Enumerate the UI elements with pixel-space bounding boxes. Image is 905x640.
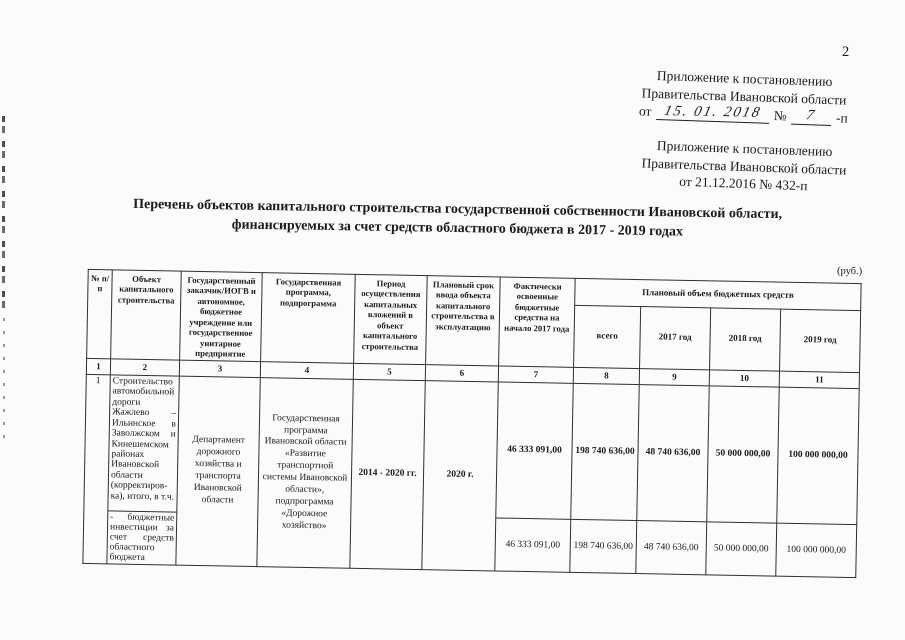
- cell-2018-sub: 50 000 000,00: [706, 522, 777, 577]
- col-header-actual-spent: Фактически освоенные бюджетные средства …: [499, 277, 576, 367]
- cell-2019-main: 100 000 000,00: [777, 387, 859, 524]
- column-number-10: 10: [709, 370, 779, 387]
- cell-period: 2014 - 2020 гг.: [350, 379, 425, 570]
- col-header-num: № п/п: [87, 269, 113, 358]
- col-header-2019: 2019 год: [780, 309, 861, 373]
- cell-2019-sub: 100 000 000,00: [776, 523, 857, 578]
- cell-object-sub: - бюджетные инвестиции за счет средств о…: [107, 511, 177, 566]
- cell-customer: Департамент дорожного хозяйства и трансп…: [176, 376, 260, 567]
- column-number-3: 3: [179, 360, 260, 377]
- page-number: 2: [842, 44, 849, 61]
- cell-row-number: 1: [83, 374, 110, 564]
- col-header-customer: Государственный заказчик/ИОГВ и автономн…: [180, 271, 263, 361]
- column-number-2: 2: [110, 359, 179, 376]
- column-number-6: 6: [425, 365, 498, 382]
- col-header-period: Период осуществления капитальных вложени…: [354, 274, 428, 364]
- col-header-2017: 2017 год: [640, 306, 711, 369]
- cell-total-sub: 198 740 636,00: [570, 519, 637, 574]
- column-number-11: 11: [779, 371, 859, 388]
- column-number-9: 9: [639, 368, 709, 385]
- cell-spent-main: 46 333 091,00: [496, 382, 573, 519]
- scan-edge-artifact-lower: [3, 318, 5, 438]
- annex-current-block: Приложение к постановлению Правительства…: [617, 66, 871, 128]
- handwritten-number: 7: [805, 108, 818, 123]
- column-number-1: 1: [86, 358, 110, 374]
- col-header-object: Объект капитального строительства: [111, 270, 182, 360]
- col-header-2018: 2018 год: [710, 308, 781, 371]
- cell-object-main: Строительство автомобильной дороги Жажле…: [108, 375, 179, 512]
- annex-base-block: Приложение к постановлению Правительства…: [617, 136, 871, 197]
- annex-suffix: -п: [836, 109, 848, 127]
- col-header-commissioning: Плановый срок ввода объекта капитального…: [426, 276, 501, 366]
- cell-2017-sub: 48 740 636,00: [636, 520, 707, 575]
- column-number-7: 7: [498, 366, 573, 383]
- cell-2017-main: 48 740 636,00: [637, 384, 709, 521]
- number-sign: №: [774, 107, 787, 125]
- currency-unit-label: (руб.): [837, 266, 862, 277]
- document-title: Перечень объектов капитального строитель…: [38, 194, 877, 244]
- capital-construction-table: № п/п Объект капитального строительства …: [82, 269, 861, 578]
- cell-2018-main: 50 000 000,00: [707, 386, 779, 523]
- cell-total-main: 198 740 636,00: [571, 383, 639, 520]
- cell-program: Государственная программа Ивановской обл…: [257, 377, 353, 568]
- from-label: от: [639, 102, 652, 120]
- cell-commissioning: 2020 г.: [422, 381, 498, 572]
- col-header-total: всего: [574, 305, 641, 368]
- handwritten-number-field: 7: [791, 107, 831, 126]
- scanned-page: 2 Приложение к постановлению Правительст…: [0, 0, 905, 640]
- column-number-5: 5: [353, 363, 425, 380]
- scan-edge-artifact: [2, 116, 5, 316]
- cell-spent-sub: 46 333 091,00: [495, 518, 571, 573]
- handwritten-date-field: 15. 01. 2018: [656, 102, 769, 124]
- column-number-4: 4: [260, 361, 353, 379]
- col-header-program: Государственная программа, подпрограмма: [261, 273, 356, 364]
- column-number-8: 8: [573, 367, 639, 384]
- handwritten-date: 15. 01. 2018: [663, 104, 763, 121]
